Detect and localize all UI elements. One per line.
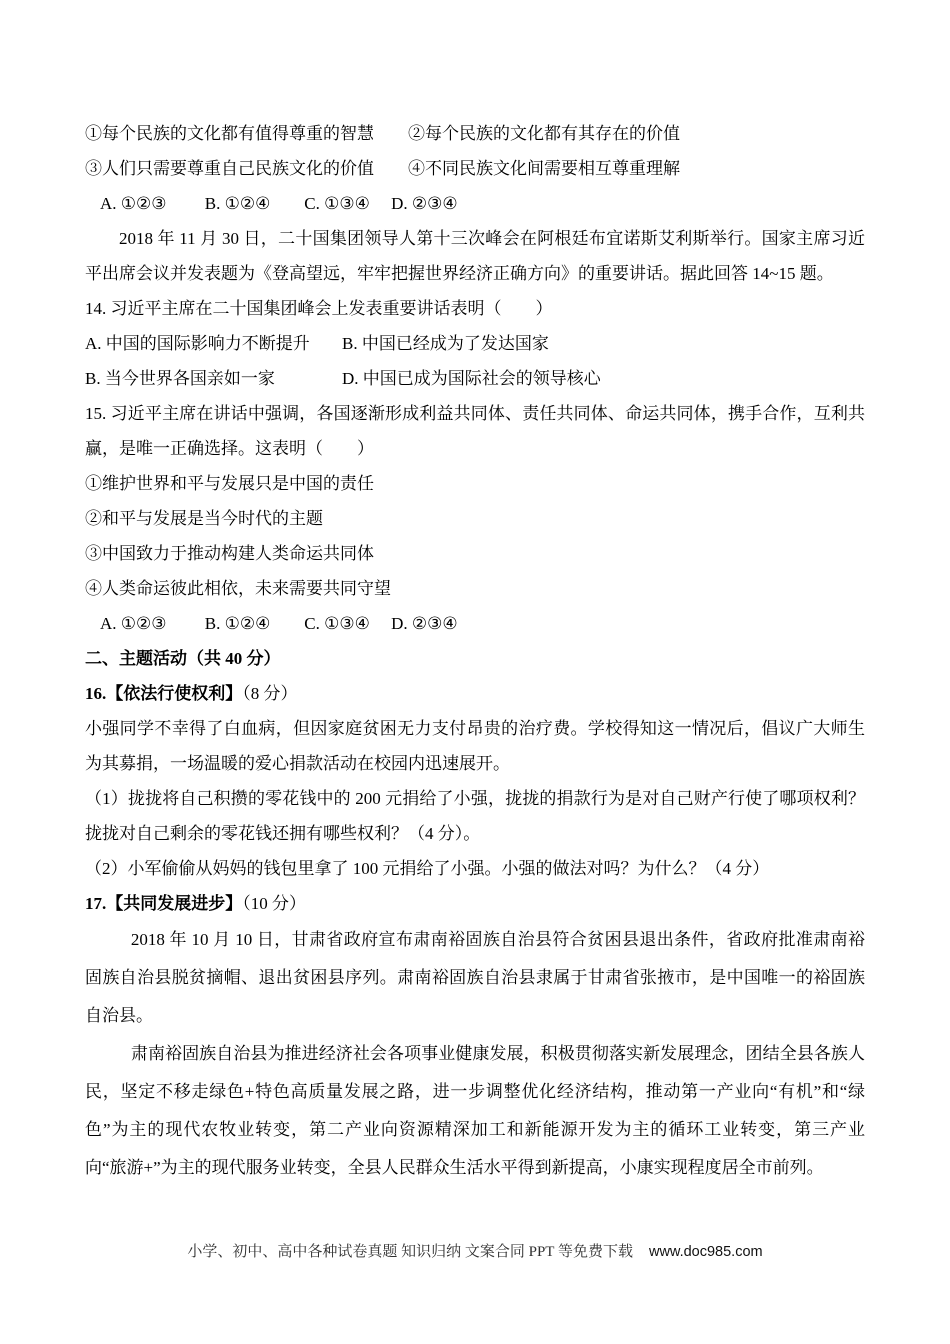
q17-score: （10 分） — [242, 894, 306, 913]
g20-passage: 2018 年 11 月 30 日，二十国集团领导人第十三次峰会在阿根廷布宜诺斯艾… — [85, 221, 865, 291]
q14-stem: 14. 习近平主席在二十国集团峰会上发表重要讲话表明（ ） — [85, 291, 865, 326]
q17-paragraph-1: 2018 年 10 月 10 日，甘肃省政府宣布肃南裕固族自治县符合贫困县退出条… — [85, 921, 865, 1035]
q13-options-line-1: ①每个民族的文化都有值得尊重的智慧 ②每个民族的文化都有其存在的价值 — [85, 116, 865, 151]
page-footer: 小学、初中、高中各种试卷真题 知识归纳 文案合同 PPT 等免费下载www.do… — [0, 1240, 950, 1264]
q16-heading: 16.【依法行使权利】（8 分） — [85, 676, 865, 711]
q14-option-b: B. 中国已经成为了发达国家 — [342, 326, 865, 361]
q16-intro: 小强同学不幸得了白血病，但因家庭贫困无力支付昂贵的治疗费。学校得知这一情况后，倡… — [85, 711, 865, 781]
exam-body: ①每个民族的文化都有值得尊重的智慧 ②每个民族的文化都有其存在的价值 ③人们只需… — [85, 116, 865, 1187]
q15-option-3: ③中国致力于推动构建人类命运共同体 — [85, 536, 865, 571]
q17-title: 17.【共同发展进步】 — [85, 894, 242, 913]
q14-options-row-1: A. 中国的国际影响力不断提升 B. 中国已经成为了发达国家 — [85, 326, 865, 361]
q16-title: 16.【依法行使权利】 — [85, 684, 242, 703]
q16-sub-question-2: （2）小军偷偷从妈妈的钱包里拿了 100 元捐给了小强。小强的做法对吗？为什么？… — [85, 851, 865, 886]
q14-option-c: B. 当今世界各国亲如一家 — [85, 361, 342, 396]
q16-sub-question-1: （1）拢拢将自己积攒的零花钱中的 200 元捐给了小强，拢拢的捐款行为是对自己财… — [85, 781, 865, 851]
exam-paper-page: ①每个民族的文化都有值得尊重的智慧 ②每个民族的文化都有其存在的价值 ③人们只需… — [0, 0, 950, 1344]
q14-option-a: A. 中国的国际影响力不断提升 — [85, 326, 342, 361]
q15-option-1: ①维护世界和平与发展只是中国的责任 — [85, 466, 865, 501]
q15-stem: 15. 习近平主席在讲话中强调，各国逐渐形成利益共同体、责任共同体、命运共同体，… — [85, 396, 865, 466]
q17-heading: 17.【共同发展进步】（10 分） — [85, 886, 865, 921]
q17-paragraph-2: 肃南裕固族自治县为推进经济社会各项事业健康发展，积极贯彻落实新发展理念，团结全县… — [85, 1035, 865, 1187]
q14-option-d: D. 中国已成为国际社会的领导核心 — [342, 361, 865, 396]
footer-promo-text: 小学、初中、高中各种试卷真题 知识归纳 文案合同 PPT 等免费下载 — [187, 1244, 633, 1260]
footer-site-link[interactable]: www.doc985.com — [649, 1244, 763, 1260]
q13-answer-choices: A. ①②③ B. ①②④ C. ①③④ D. ②③④ — [85, 186, 865, 221]
q15-option-4: ④人类命运彼此相依，未来需要共同守望 — [85, 571, 865, 606]
q15-option-2: ②和平与发展是当今时代的主题 — [85, 501, 865, 536]
section-2-title: 二、主题活动（共 40 分） — [85, 641, 865, 676]
q16-score: （8 分） — [242, 684, 297, 703]
q13-options-line-2: ③人们只需要尊重自己民族文化的价值 ④不同民族文化间需要相互尊重理解 — [85, 151, 865, 186]
q15-answer-choices: A. ①②③ B. ①②④ C. ①③④ D. ②③④ — [85, 606, 865, 641]
q14-options-row-2: B. 当今世界各国亲如一家 D. 中国已成为国际社会的领导核心 — [85, 361, 865, 396]
